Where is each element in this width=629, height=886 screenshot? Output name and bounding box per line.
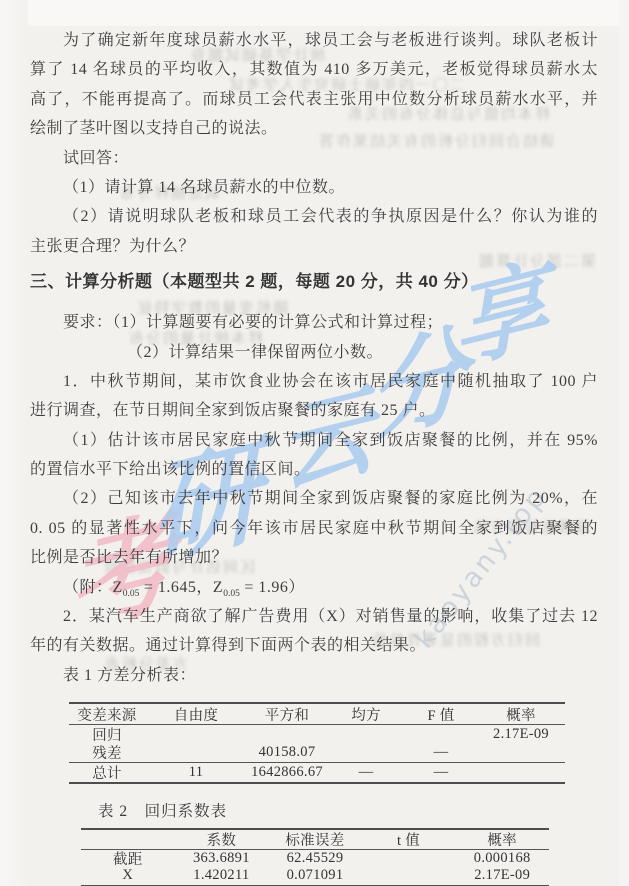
table-cell: 截距 — [81, 848, 175, 869]
table-cell: 0.000168 — [455, 850, 549, 867]
scan-right-margin — [619, 0, 629, 886]
regression-coefficients-table: 系数 标准误差 t 值 概率 截距 363.6891 62.45529 0.00… — [81, 828, 549, 886]
column-header: 概率 — [477, 704, 565, 725]
table-cell: 62.45529 — [268, 850, 362, 867]
table-cell: 11 — [145, 764, 247, 781]
column-header: 变差来源 — [69, 704, 145, 725]
text-line: （1）估计该市居民家庭中秋节期间全家到饭店聚餐的比例，并在 95% — [30, 426, 598, 455]
column-header: 标准误差 — [268, 829, 362, 850]
text-line: 高了，不能再提高了。而球员工会代表主张用中位数分析球员薪水水平，并 — [30, 85, 598, 114]
text-line: 要求：（1）计算题要有必要的计算公式和计算过程； — [30, 308, 598, 337]
section-heading: 三、计算分析题（本题型共 2 题，每题 20 分，共 40 分） — [30, 269, 598, 295]
table-cell: 40158.07 — [247, 744, 327, 761]
table-cell: — — [405, 744, 477, 761]
table-row: 总计 11 1642866.67 — — — [69, 763, 565, 782]
column-header: 平方和 — [247, 704, 327, 725]
z-note-post: = 1.96） — [240, 579, 305, 596]
table-cell: 残差 — [69, 742, 145, 763]
table-row: 回归 2.17E-09 — [69, 725, 565, 744]
z-note-sub: 0.05 — [223, 589, 240, 599]
text-line: 0. 05 的显著性水平下，问今年该市居民家庭中秋节期间全家到饭店聚餐的 — [30, 514, 598, 543]
table-row: X 1.420211 0.071091 2.17E-09 — [81, 867, 549, 885]
scan-top-margin — [0, 0, 629, 26]
table-cell: 0.071091 — [268, 867, 362, 884]
table-cell: — — [327, 764, 405, 781]
table-cell: 1642866.67 — [247, 764, 327, 781]
column-header: 自由度 — [145, 704, 247, 725]
text-line: 试回答： — [30, 144, 598, 173]
table1-caption: 表 1 方差分析表： — [30, 661, 598, 690]
table-row: 残差 40158.07 — — [69, 744, 565, 764]
text-line: 算了 14 名球员的平均收入，其数值为 410 多万美元，老板觉得球员薪水太 — [30, 55, 598, 84]
table-cell: 总计 — [69, 762, 145, 783]
table-row: 截距 363.6891 62.45529 0.000168 — [81, 850, 549, 868]
column-header: F 值 — [405, 704, 477, 725]
text-line: 绘制了茎叶图以支持自己的说法。 — [30, 114, 598, 143]
z-critical-values-note: （附：Z0.05 = 1.645，Z0.05 = 1.96） — [30, 573, 598, 602]
scanned-exam-page: 统计学基础试题卷 二〇一四年硕士研究生入学考试 样本均值与总体分布的关系 请结合… — [0, 0, 629, 886]
table-cell: 2.17E-09 — [477, 726, 565, 743]
document-body: 为了确定新年度球员薪水水平，球员工会与老板进行谈判。球队老板计 算了 14 名球… — [30, 26, 598, 886]
table-cell: X — [81, 867, 175, 884]
column-header: 系数 — [175, 829, 269, 850]
column-header: 概率 — [455, 829, 549, 850]
table-cell: 1.420211 — [175, 867, 269, 884]
text-line: 2．某汽车生产商欲了解广告费用（X）对销售量的影响，收集了过去 12 — [30, 602, 598, 631]
table-cell: 2.17E-09 — [455, 867, 549, 884]
table-cell: 363.6891 — [175, 850, 269, 867]
table2-caption: 表 2 回归系数表 — [98, 799, 598, 821]
z-note-sub: 0.05 — [123, 589, 140, 599]
text-line: 主张更合理？为什么？ — [30, 232, 598, 261]
text-line: （2）请说明球队老板和球员工会代表的争执原因是什么？你认为谁的 — [30, 202, 598, 231]
text-line: 进行调查，在节日期间全家到饭店聚餐的家庭有 25 户。 — [30, 396, 598, 425]
text-line: （2）己知该市去年中秋节期间全家到饭店聚餐的家庭比例为 20%，在 — [30, 484, 598, 513]
text-line: 1．中秋节期间，某市饮食业协会在该市居民家庭中随机抽取了 100 户 — [30, 367, 598, 396]
text-line: 为了确定新年度球员薪水水平，球员工会与老板进行谈判。球队老板计 — [30, 26, 598, 55]
text-line: （2）计算结果一律保留两位小数。 — [30, 338, 598, 367]
scan-left-margin — [0, 0, 28, 886]
text-line: （1）请计算 14 名球员薪水的中位数。 — [30, 173, 598, 202]
column-header: t 值 — [362, 829, 456, 850]
text-line: 的置信水平下给出该比例的置信区间。 — [30, 455, 598, 484]
z-note-pre: （附：Z — [63, 579, 123, 596]
text-line: 年的有关数据。通过计算得到下面两个表的相关结果。 — [30, 631, 598, 660]
table-header-row: 变差来源 自由度 平方和 均方 F 值 概率 — [69, 704, 565, 725]
anova-table: 变差来源 自由度 平方和 均方 F 值 概率 回归 2.17E-09 残差 40… — [69, 702, 565, 784]
text-line: 比例是否比去年有所增加？ — [30, 543, 598, 572]
column-header: 均方 — [327, 704, 405, 725]
table-cell: — — [405, 764, 477, 781]
table-header-row: 系数 标准误差 t 值 概率 — [81, 830, 549, 850]
z-note-mid: = 1.645，Z — [139, 579, 223, 596]
